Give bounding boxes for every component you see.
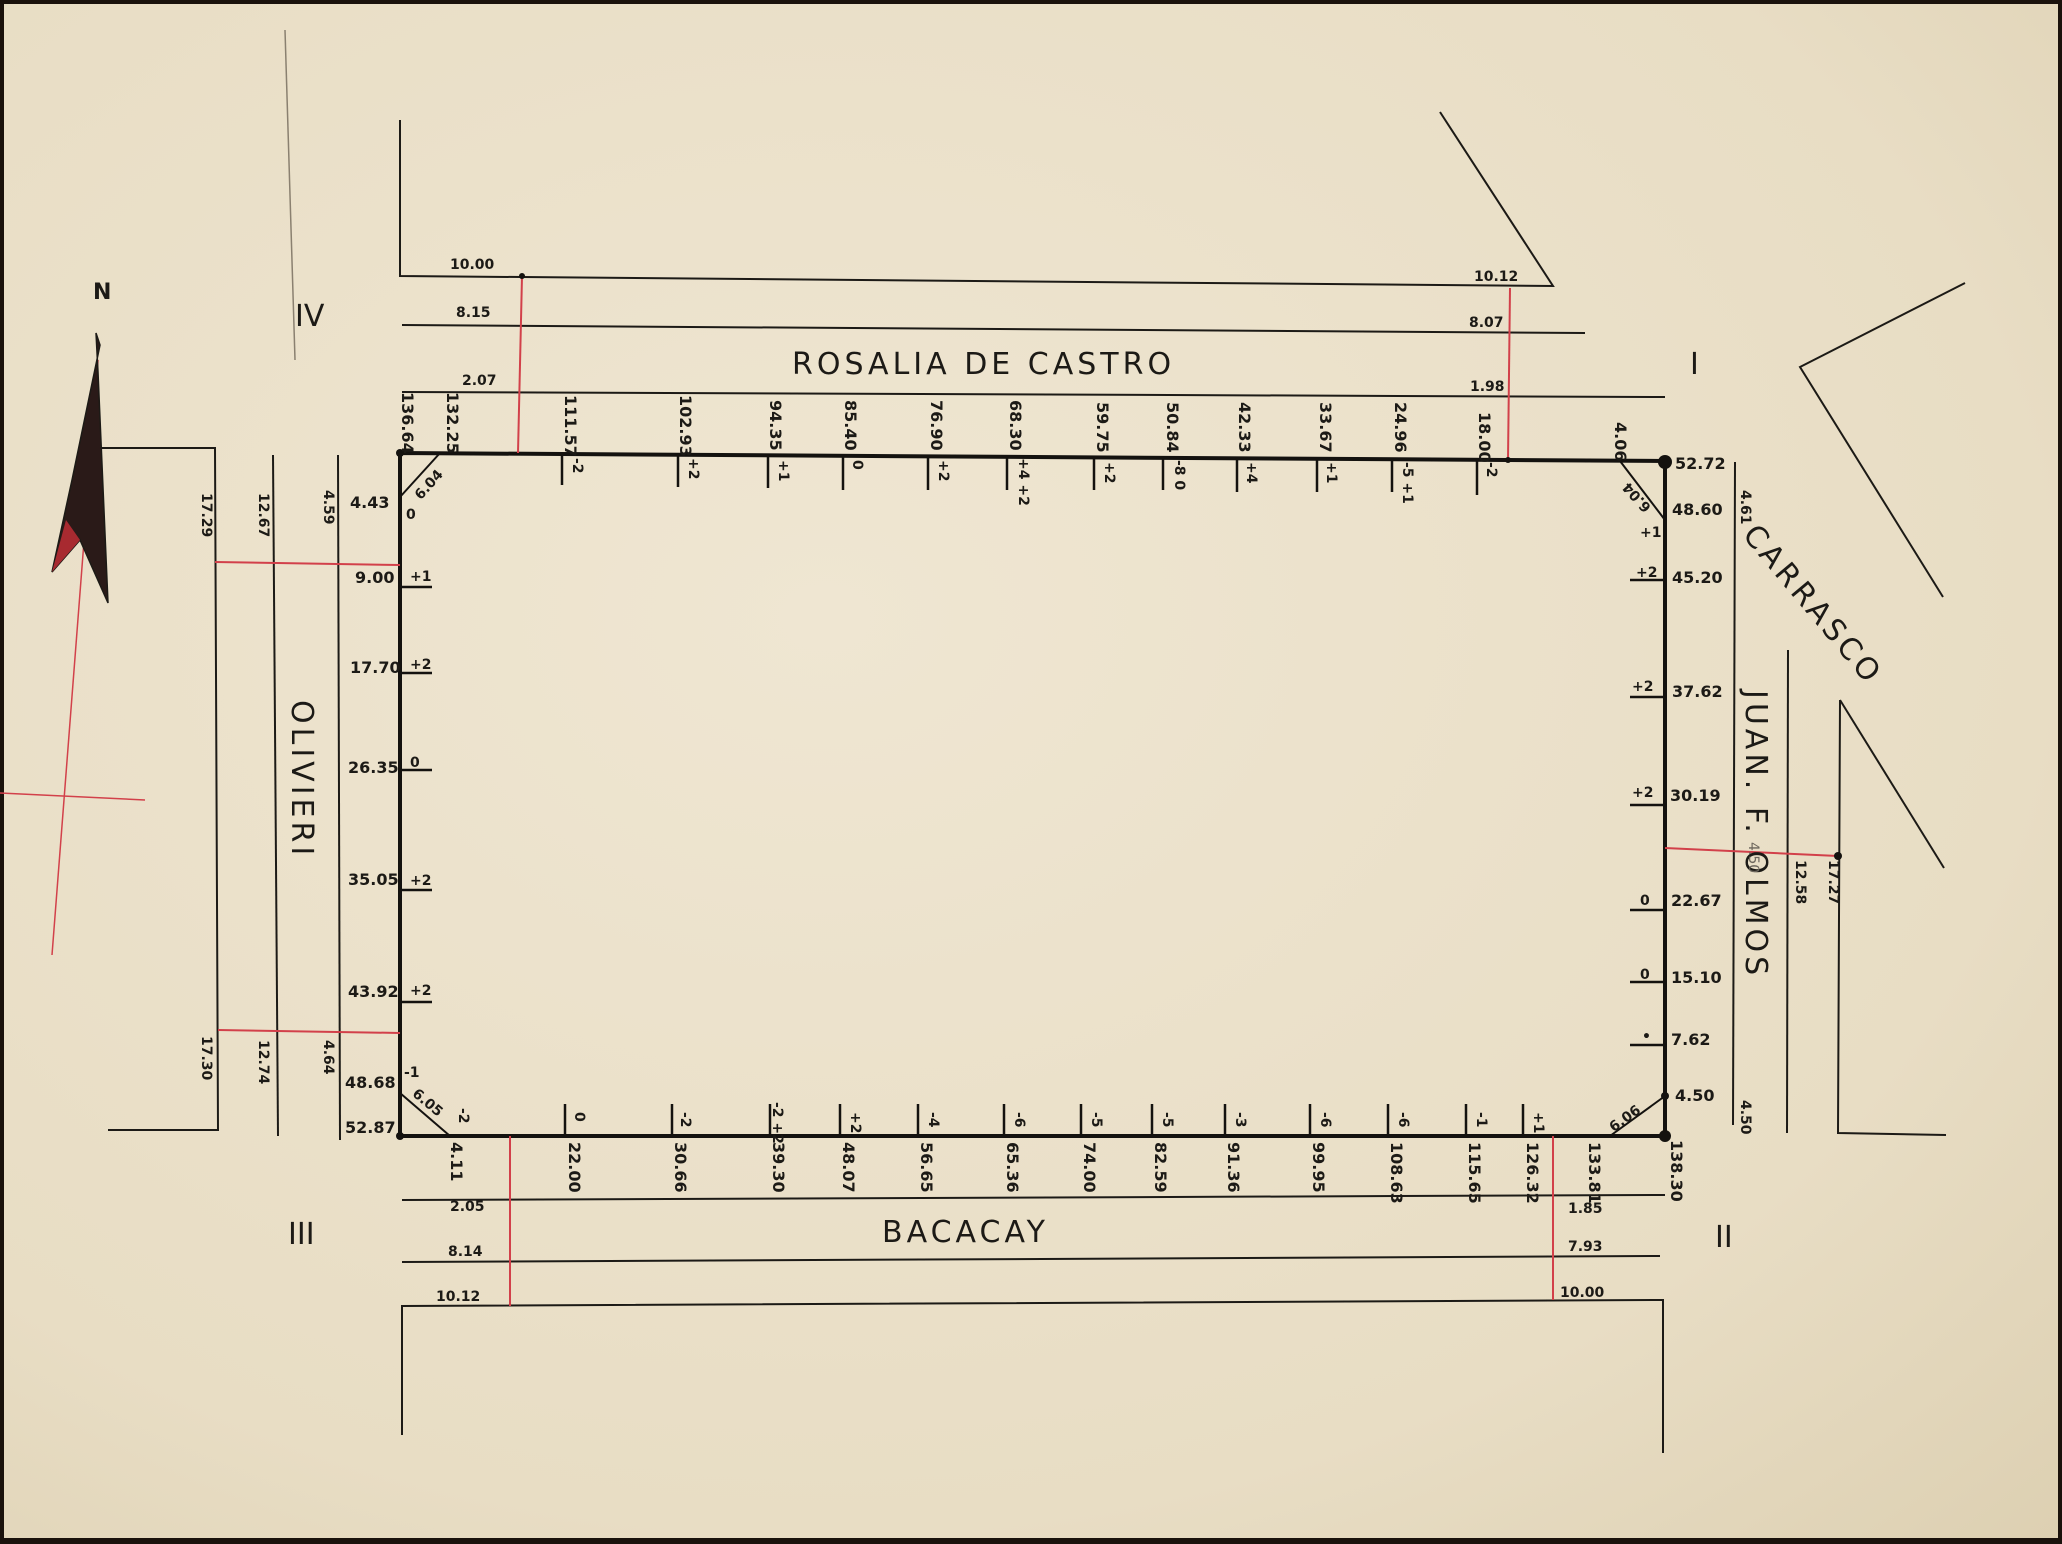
- top-station: 24.96: [1392, 402, 1408, 453]
- top-level: -2: [1484, 462, 1498, 478]
- right-level: •: [1642, 1030, 1651, 1044]
- street-juan-f-olmos: JUAN. F. OLMOS: [1740, 690, 1770, 979]
- left-level: +2: [410, 874, 431, 888]
- offset-label: 4.64: [321, 1040, 335, 1075]
- top-level: +1: [1324, 462, 1338, 483]
- north-label: N: [93, 282, 111, 304]
- bottom-station: 22.00: [566, 1142, 582, 1193]
- bottom-level: 0: [572, 1112, 586, 1122]
- top-level: 0: [850, 460, 864, 470]
- right-station: 4.50: [1675, 1088, 1714, 1104]
- top-station: 85.40: [842, 400, 858, 451]
- left-level: +2: [410, 984, 431, 998]
- left-station: 35.05: [348, 872, 399, 888]
- top-level: +2: [686, 458, 700, 479]
- left-station: 48.68: [345, 1075, 396, 1091]
- top-station: 136.64: [399, 392, 415, 454]
- right-station: 52.72: [1675, 456, 1726, 472]
- bottom-station: 133.81: [1586, 1142, 1602, 1204]
- bottom-level: -2 +2: [770, 1102, 784, 1144]
- offset-label: 17.30: [199, 1036, 213, 1080]
- top-station: 111.57: [562, 395, 578, 457]
- street-bacacay: BACACAY: [882, 1218, 1049, 1248]
- bottom-station: 115.65: [1466, 1142, 1482, 1204]
- bottom-station: 74.00: [1081, 1142, 1097, 1193]
- offset-label: 10.12: [436, 1290, 480, 1304]
- top-level: +4: [1244, 462, 1258, 483]
- left-level: +2: [410, 658, 431, 672]
- bottom-station: 4.11: [448, 1142, 464, 1181]
- quadrant-i: I: [1690, 350, 1699, 380]
- bottom-station: 30.66: [672, 1142, 688, 1193]
- left-level: 0: [410, 756, 420, 770]
- right-station: 48.60: [1672, 502, 1723, 518]
- street-olivieri: OLIVIERI: [286, 700, 316, 859]
- offset-label: 8.07: [1469, 316, 1504, 330]
- quadrant-iii: III: [288, 1220, 315, 1250]
- right-station: 45.20: [1672, 570, 1723, 586]
- bottom-station: 108.63: [1388, 1142, 1404, 1204]
- offset-label: 4.61: [1738, 490, 1752, 525]
- bottom-level: -4: [926, 1112, 940, 1128]
- left-station: 9.00: [355, 570, 394, 586]
- bottom-level: -6: [1012, 1112, 1026, 1128]
- offset-label: 12.67: [256, 493, 270, 537]
- quadrant-iv: IV: [295, 302, 324, 332]
- bottom-level: -5: [1089, 1112, 1103, 1128]
- bottom-station: 82.59: [1152, 1142, 1168, 1193]
- bottom-station: 126.32: [1524, 1142, 1540, 1204]
- offset-label: 10.00: [1560, 1286, 1604, 1300]
- top-station: 50.84: [1164, 402, 1180, 453]
- bottom-station: 48.07: [840, 1142, 856, 1193]
- offset-label: 2.05: [450, 1200, 485, 1214]
- top-level: +2: [936, 460, 950, 481]
- right-station: 15.10: [1671, 970, 1722, 986]
- bottom-level: -6: [1318, 1112, 1332, 1128]
- right-level: +2: [1636, 566, 1657, 580]
- top-level: +1: [776, 460, 790, 481]
- right-level: +1: [1640, 526, 1661, 540]
- bottom-station: 91.36: [1225, 1142, 1241, 1193]
- top-station: 68.30: [1007, 400, 1023, 451]
- left-level: -1: [404, 1066, 420, 1080]
- right-station: 30.19: [1670, 788, 1721, 804]
- street-rosalia-de-castro: ROSALIA DE CASTRO: [792, 350, 1175, 380]
- top-level: +2: [1102, 462, 1116, 483]
- left-station: 4.43: [350, 495, 389, 511]
- top-level: -2: [570, 458, 584, 474]
- offset-label: 8.14: [448, 1245, 483, 1259]
- left-station: 43.92: [348, 984, 399, 1000]
- bottom-station: 39.30: [770, 1142, 786, 1193]
- top-station: 132.25: [444, 392, 460, 454]
- bottom-level: -2: [678, 1112, 692, 1128]
- right-station: 37.62: [1672, 684, 1723, 700]
- left-station: 52.87: [345, 1120, 396, 1136]
- top-station: 94.35: [767, 400, 783, 451]
- left-station: 17.70: [350, 660, 401, 676]
- offset-label: 12.74: [256, 1040, 270, 1084]
- bottom-station: 99.95: [1310, 1142, 1326, 1193]
- left-level: +1: [410, 570, 431, 584]
- north-arrow-icon: [52, 333, 108, 603]
- bottom-station: 65.36: [1004, 1142, 1020, 1193]
- bottom-station: 56.65: [918, 1142, 934, 1193]
- offset-label: 10.12: [1474, 270, 1518, 284]
- offset-label: 4.50: [1738, 1100, 1752, 1135]
- top-station: 4.06: [1612, 422, 1628, 461]
- top-station: 102.93: [677, 395, 693, 457]
- offset-label: 2.07: [462, 374, 497, 388]
- top-level: -8 0: [1172, 460, 1186, 490]
- left-station: 26.35: [348, 760, 399, 776]
- bottom-level: -6: [1396, 1112, 1410, 1128]
- offset-label: 17.29: [199, 493, 213, 537]
- top-station: 18.00: [1476, 412, 1492, 463]
- offset-label: 10.00: [450, 258, 494, 272]
- top-level: -5 +1: [1400, 462, 1414, 504]
- bottom-level: +1: [1531, 1112, 1545, 1133]
- right-station: 22.67: [1671, 893, 1722, 909]
- bottom-level: -2: [456, 1108, 470, 1124]
- offset-label: 1.98: [1470, 380, 1505, 394]
- offset-label: 4.59: [321, 490, 335, 525]
- right-station: 7.62: [1671, 1032, 1710, 1048]
- quadrant-ii: II: [1715, 1223, 1733, 1253]
- offset-label: 7.93: [1568, 1240, 1603, 1254]
- right-level: 0: [1640, 894, 1650, 908]
- right-level: 0: [1640, 968, 1650, 982]
- bottom-level: +2: [848, 1112, 862, 1133]
- bottom-station: 138.30: [1668, 1140, 1684, 1202]
- offset-label: 1.85: [1568, 1202, 1603, 1216]
- offset-label: 17.27: [1826, 860, 1840, 904]
- left-level: 0: [406, 508, 416, 522]
- top-level: +4 +2: [1016, 458, 1030, 506]
- offset-label: 4.50: [1746, 842, 1760, 873]
- top-station: 42.33: [1236, 402, 1252, 453]
- offset-label: 12.58: [1793, 860, 1807, 904]
- right-level: +2: [1632, 786, 1653, 800]
- bottom-level: -3: [1233, 1112, 1247, 1128]
- top-station: 59.75: [1094, 402, 1110, 453]
- bottom-level: -5: [1160, 1112, 1174, 1128]
- top-station: 76.90: [928, 400, 944, 451]
- top-station: 33.67: [1317, 402, 1333, 453]
- right-level: +2: [1632, 680, 1653, 694]
- offset-label: 8.15: [456, 306, 491, 320]
- bottom-level: -1: [1474, 1112, 1488, 1128]
